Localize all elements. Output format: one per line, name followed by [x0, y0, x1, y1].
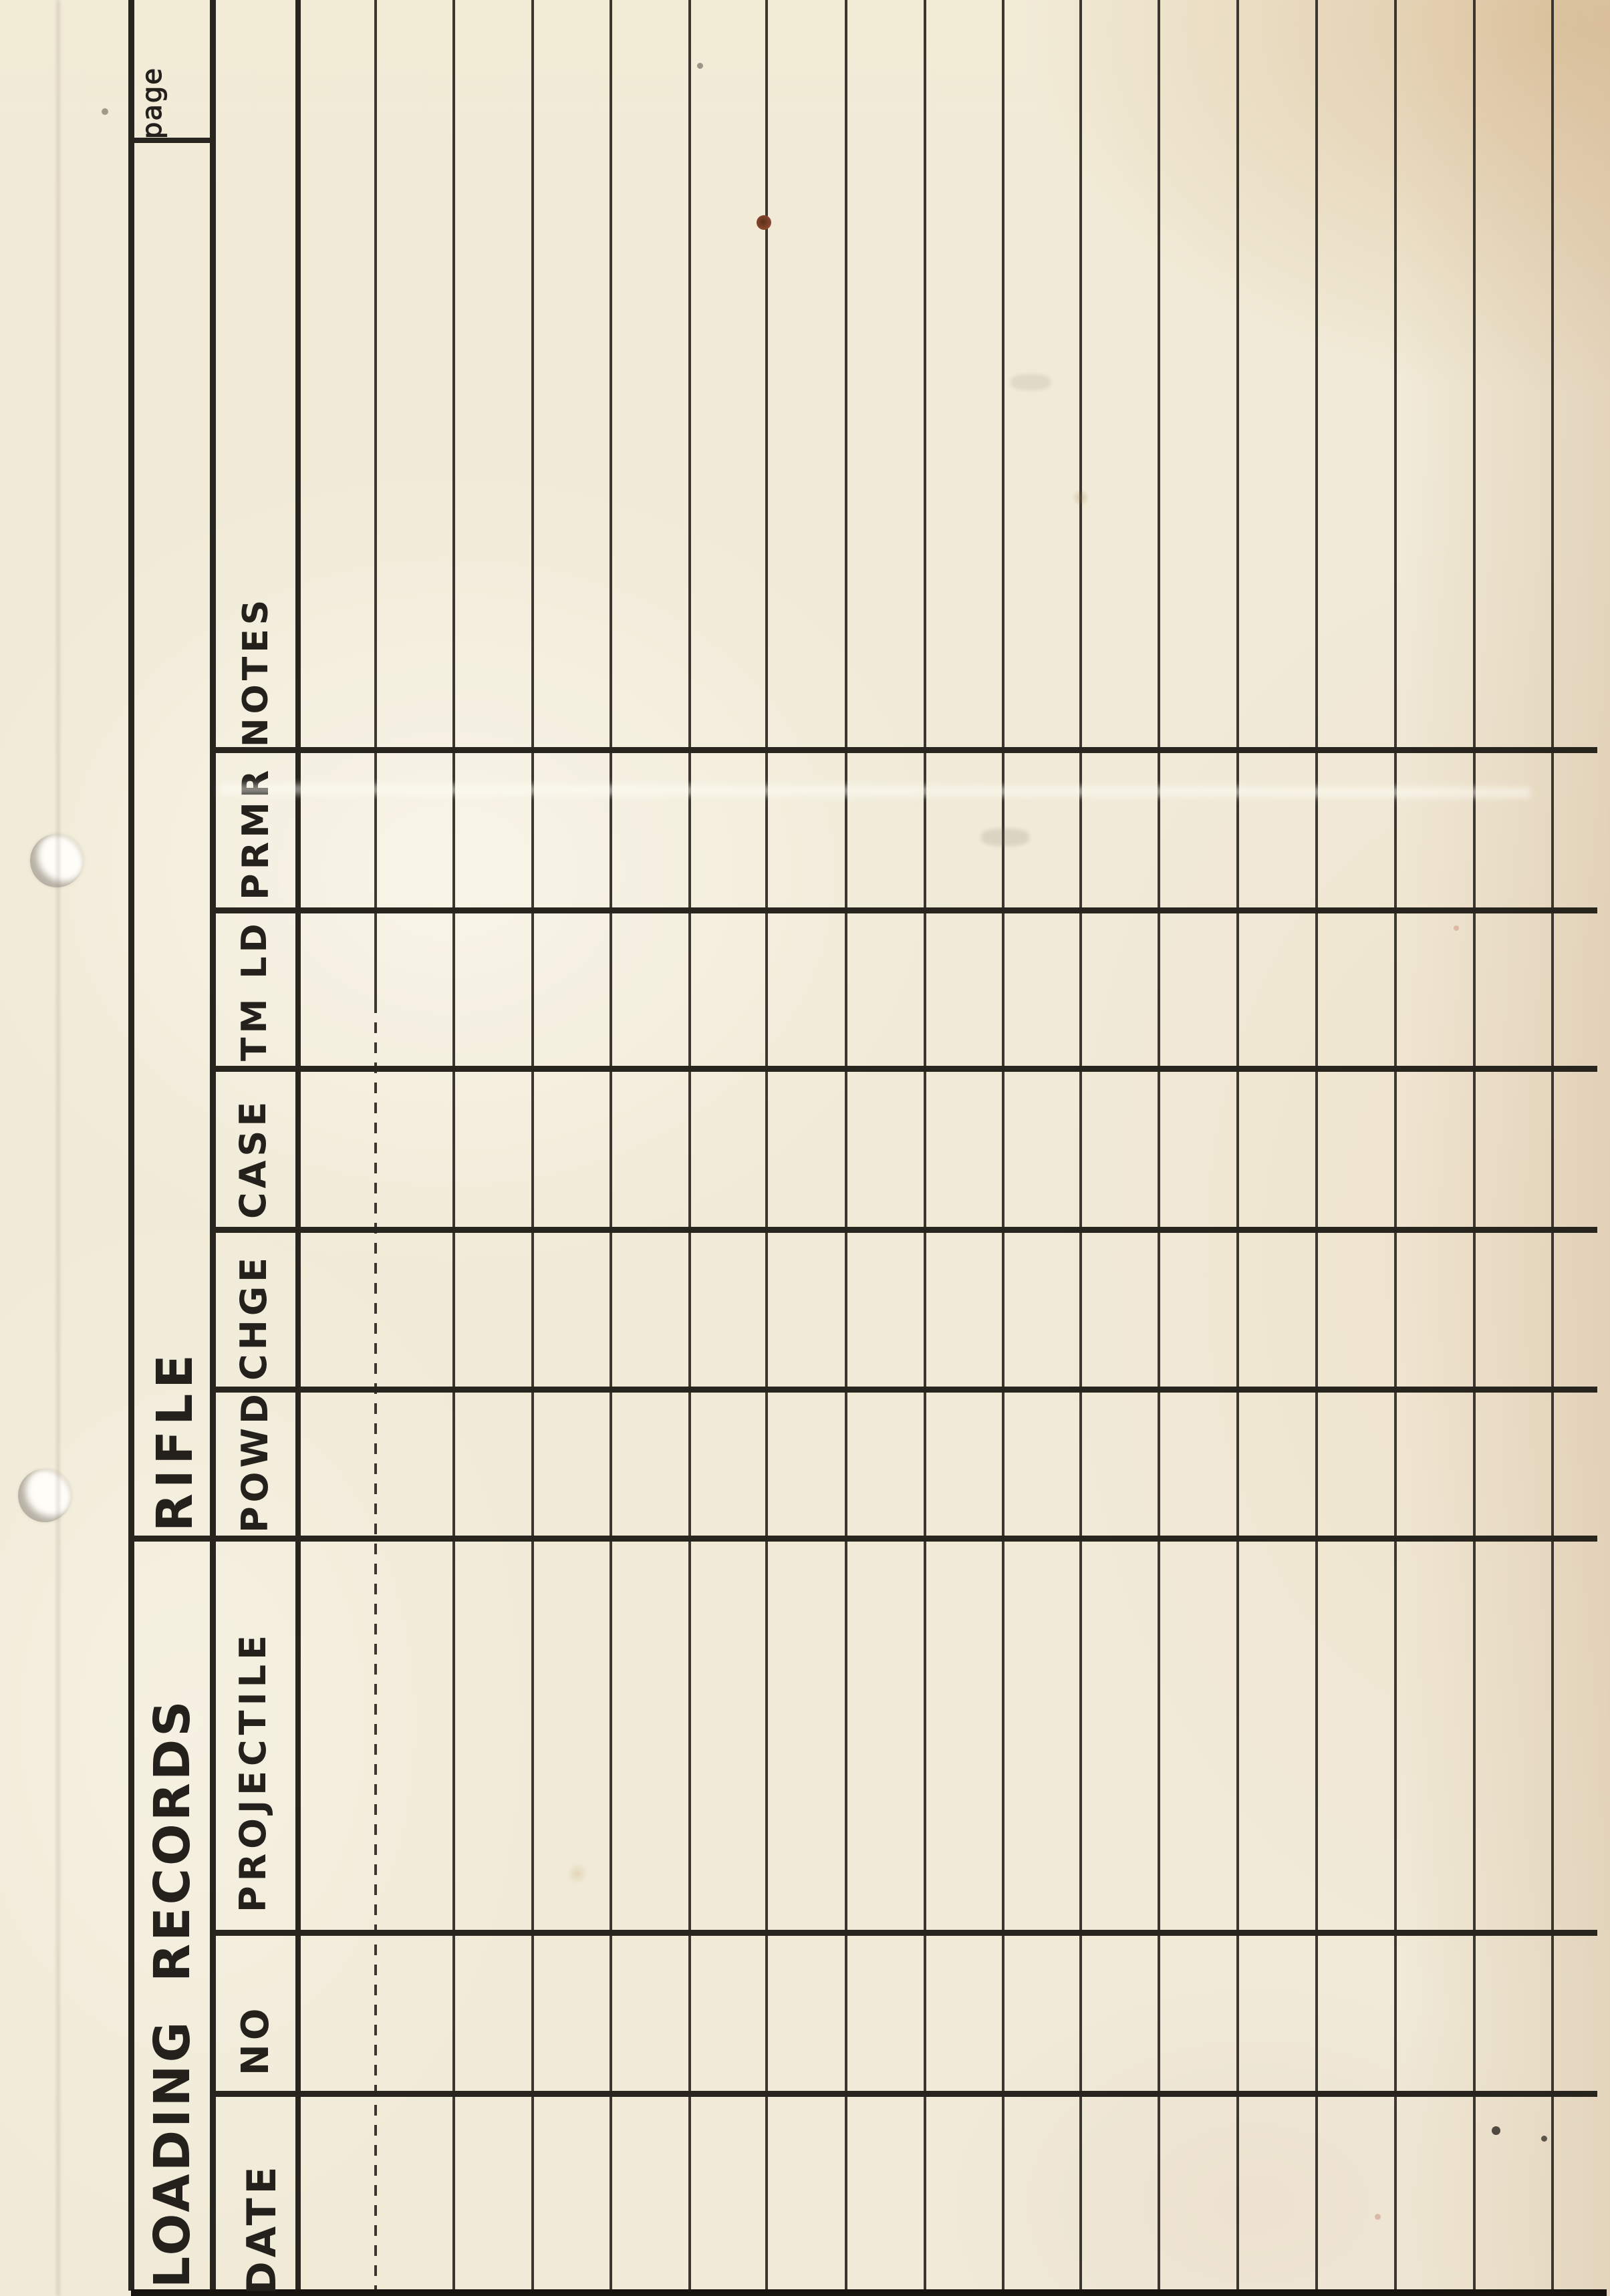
column-boundary-tmld-case — [210, 1066, 1597, 1072]
column-boundary-projectile-no — [210, 1930, 1597, 1936]
column-header-powd: POWD — [233, 1399, 278, 1533]
column-header-projectile: PROJECTILE — [230, 1613, 277, 1912]
stain — [1492, 2126, 1500, 2135]
column-header-chge: CHGE — [231, 1239, 277, 1381]
stain — [1454, 925, 1459, 931]
grid-line — [531, 0, 534, 2291]
form-category-label: RIFLE — [144, 1331, 206, 1532]
stain — [1072, 489, 1089, 507]
grid-line — [1002, 0, 1004, 2291]
column-boundary-prmr-tmld — [210, 907, 1597, 913]
column-boundary-case-chge — [210, 1227, 1597, 1233]
stain — [1541, 2136, 1547, 2142]
stain — [697, 63, 703, 69]
grid-line — [374, 0, 377, 2291]
grid-line — [765, 0, 768, 2291]
grid-line — [1315, 0, 1318, 2291]
grid-line — [452, 0, 455, 2291]
stain — [757, 215, 771, 230]
grid-line — [128, 0, 134, 2291]
scanned-loading-record-sheet: page LOADING RECORDS RIFLE DATE NO PROJE… — [0, 0, 1610, 2296]
stain — [102, 108, 108, 115]
column-header-prmr: PRMR — [234, 753, 278, 900]
grid-line — [610, 0, 612, 2291]
grid-line — [1158, 0, 1160, 2291]
grid-line — [1394, 0, 1397, 2291]
stain — [1375, 2214, 1381, 2220]
column-header-case: CASE — [231, 1084, 275, 1219]
pencil-smudge — [981, 829, 1029, 846]
column-boundary-powd-projectile — [131, 1536, 1597, 1542]
form-title: LOADING RECORDS — [142, 1600, 203, 2288]
column-header-tm-ld: TM LD — [233, 925, 277, 1061]
grid-line — [1551, 0, 1554, 2291]
grid-line — [1473, 0, 1476, 2291]
column-header-notes: NOTES — [234, 612, 278, 747]
grid-line — [924, 0, 926, 2291]
column-boundary-no-date — [210, 2091, 1597, 2097]
column-boundary-chge-powd — [210, 1387, 1597, 1393]
grid-line — [845, 0, 847, 2291]
column-boundary-notes-prmr — [210, 747, 1597, 753]
stain — [567, 1863, 588, 1884]
grid-line — [688, 0, 691, 2291]
grid-line — [1079, 0, 1082, 2291]
paper-bottom-edge — [131, 2289, 1607, 2296]
punch-hole — [18, 1469, 72, 1522]
grid-line — [1236, 0, 1239, 2291]
page-number-label: page — [136, 67, 168, 139]
column-header-date: DATE — [235, 2170, 289, 2295]
grid-line — [295, 0, 301, 2291]
paper-edge-crease — [56, 0, 60, 2296]
column-header-no: NO — [234, 1998, 278, 2075]
grid-line — [210, 0, 216, 2291]
pencil-smudge — [1011, 374, 1051, 390]
